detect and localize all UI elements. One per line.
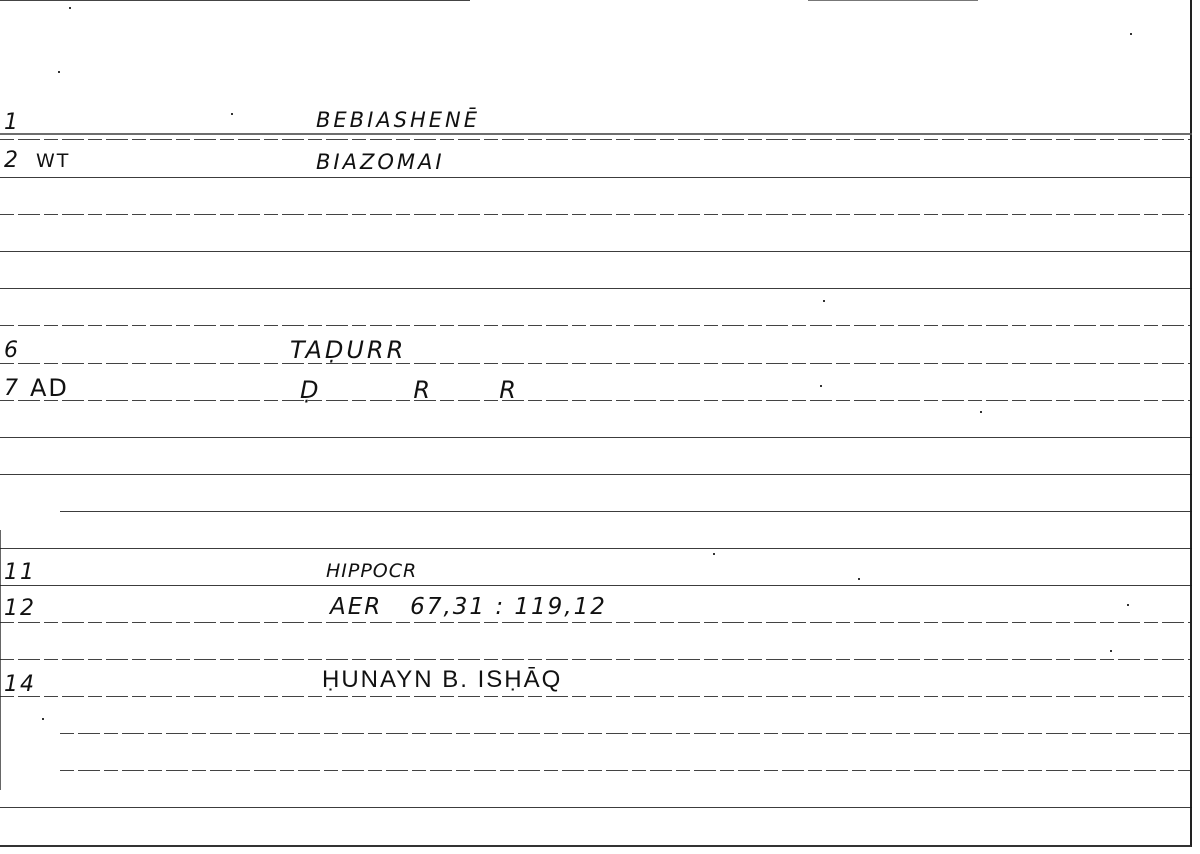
- rule-line: [0, 214, 1192, 215]
- rule-line: [60, 770, 1192, 771]
- row-entry: TAḌURR: [290, 338, 406, 362]
- rule-line: [0, 585, 1192, 586]
- scan-speck: [1127, 604, 1129, 606]
- row-entry: Ḍ R R: [300, 378, 534, 402]
- rule-line: [0, 659, 1192, 660]
- rule-line-double-bottom: [0, 139, 1192, 140]
- rule-line: [0, 177, 1192, 178]
- row-entry: ḤUNAYN B. ISḤĀQ: [322, 668, 562, 692]
- row-entry: HIPPOCR: [326, 562, 417, 581]
- scan-speck: [42, 718, 44, 720]
- scan-speck: [1110, 650, 1112, 652]
- rule-line-double-top: [0, 133, 1192, 135]
- scan-speck: [820, 385, 822, 387]
- row-number: 2: [4, 150, 20, 172]
- scan-speck: [231, 113, 233, 115]
- rule-line: [60, 733, 1192, 734]
- rule-line: [60, 511, 1192, 512]
- row-label-extra: WT: [36, 152, 70, 171]
- row-number: 12: [4, 598, 36, 620]
- scan-speck: [823, 300, 825, 302]
- rule-line: [0, 437, 1192, 438]
- rule-line: [0, 363, 1192, 364]
- row-number: 6: [4, 340, 20, 362]
- rule-line: [0, 325, 1192, 326]
- row-entry: BEBIASHENĒ: [316, 110, 480, 131]
- scan-speck: [858, 578, 860, 580]
- card-left-edge: [0, 530, 1, 790]
- rule-line: [0, 474, 1192, 475]
- scan-speck: [58, 71, 60, 73]
- row-number: 11: [4, 562, 36, 584]
- rule-line: [0, 251, 1192, 252]
- rule-line: [0, 288, 1192, 289]
- row-number: 7: [4, 378, 20, 400]
- rule-line: [0, 548, 1192, 549]
- rule-line: [0, 696, 1192, 697]
- index-card: 1 BEBIASHENĒ 2 WT BIAZOMAI 6 TAḌURR 7 AD…: [0, 0, 1192, 847]
- row-label-extra: AD: [30, 376, 69, 400]
- row-number: 1: [4, 112, 20, 134]
- card-top-edge: [0, 0, 470, 1]
- scan-speck: [69, 7, 71, 9]
- scan-speck: [980, 411, 982, 413]
- rule-line: [0, 400, 1192, 401]
- scan-speck: [713, 553, 715, 555]
- scan-speck: [1130, 33, 1132, 35]
- card-top-edge-fragment: [808, 0, 978, 1]
- row-number: 14: [4, 674, 36, 696]
- rule-line: [0, 807, 1192, 808]
- rule-line: [0, 622, 1192, 623]
- row-entry: AER 67,31 : 119,12: [330, 596, 607, 619]
- row-entry: BIAZOMAI: [316, 152, 445, 173]
